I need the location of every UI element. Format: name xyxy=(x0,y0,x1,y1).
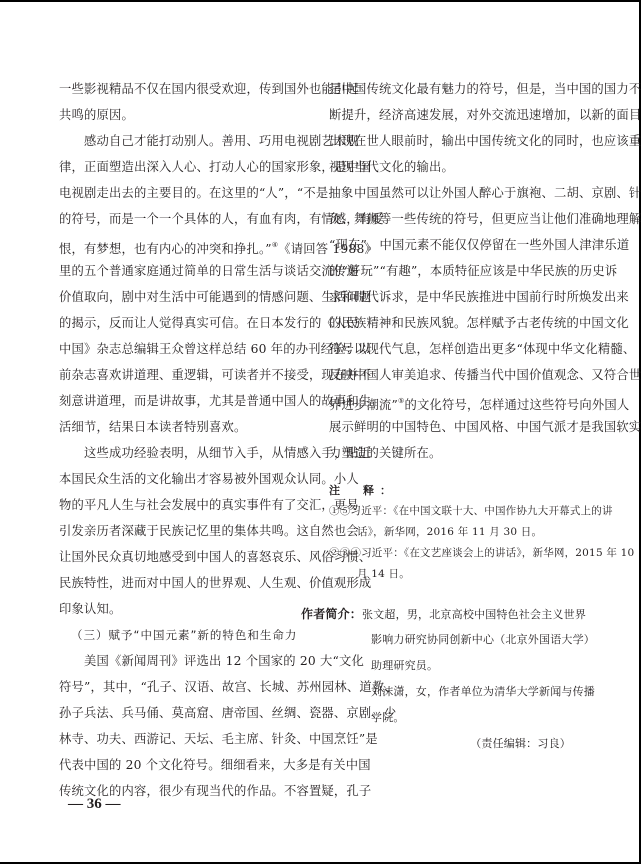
text-line: 美国《新闻周刊》评选出 12 个国家的 20 大“文化 xyxy=(59,648,315,674)
text-line: 一些影视精品不仅在国内很受欢迎，传到国外也能引起 xyxy=(59,76,315,102)
footnote-item-cont: 月 14 日。 xyxy=(329,564,585,585)
text-line: 前杂志喜欢讲道理、重逻辑，可读者并不接受，现在并不 xyxy=(59,362,315,388)
author-line: 作者简介：张文超，男，北京高校中国特色社会主义世界 xyxy=(301,601,585,627)
text-line: 展示鲜明的中国特色、中国风格、中国气派才是我国软实 xyxy=(329,414,585,440)
text-line: 是中国传统文化最有魅力的符号，但是，当中国的国力不 xyxy=(329,76,585,102)
text-line: 电视剧走出去的主要目的。在这里的“人”，“不是抽象 xyxy=(59,180,315,206)
text-line: 符号”，其中，“孔子、汉语、故宫、长城、苏州园林、道教、 xyxy=(59,674,315,700)
footnote-item-cont: 话》，新华网，2016 年 11 月 30 日。 xyxy=(329,522,585,543)
text-line: 界进步潮流”⑤的文化符号，怎样通过这些符号向外国人 xyxy=(329,388,585,414)
footnote-item: ①⑤习近平：《在中国文联十大、中国作协九大开幕式上的讲 xyxy=(329,501,585,522)
notes-title: 注 释： xyxy=(329,480,585,501)
editor-credit: （责任编辑：习良） xyxy=(301,731,585,757)
text-line: 代表中国的 20 个文化符号。细细看来，大多是有关中国 xyxy=(59,752,315,778)
right-column: 是中国传统文化最有魅力的符号，但是，当中国的国力不 断提升，经济高速发展，对外交… xyxy=(329,76,585,757)
text-line: 的揭示，反而让人觉得真实可信。在日本发行的《人民 xyxy=(59,310,315,336)
text-line: 灸、舞狮等一些传统的符号，但更应当让他们准确地理解 xyxy=(329,206,585,232)
author-label: 作者简介： xyxy=(301,607,362,621)
footnotes: 注 释： ①⑤习近平：《在中国文联十大、中国作协九大开幕式上的讲 话》，新华网，… xyxy=(329,480,585,585)
text-line: 本国民众生活的文化输出才容易被外国观众认同。小人 xyxy=(59,466,315,492)
text-line: 让国外民众真切地感受到中国人的喜怒哀乐、风俗习惯、 xyxy=(59,544,315,570)
text-line: 林寺、功夫、西游记、天坛、毛主席、针灸、中国烹饪”是 xyxy=(59,726,315,752)
text-line: 视现当代文化的输出。 xyxy=(329,154,585,180)
text-line: 民族特性，进而对中国人的世界观、人生观、价值观形成 xyxy=(59,570,315,596)
author-line: 学院。 xyxy=(301,705,585,731)
text-line: 共鸣的原因。 xyxy=(59,102,315,128)
text-line: 孙子兵法、兵马俑、莫高窟、唐帝国、丝绸、瓷器、京剧、少 xyxy=(59,700,315,726)
text-line: 感动自己才能打动别人。善用、巧用电视剧艺术规 xyxy=(59,128,315,154)
text-span: 恨，有梦想，也有内心的冲突和挣扎。” xyxy=(59,242,272,256)
section-heading: （三）赋予“中国元素”新的特色和生命力 xyxy=(59,622,315,648)
text-line: 印象认知。 xyxy=(59,596,315,622)
text-line: 律，正面塑造出深入人心、打动人心的国家形象，是中国 xyxy=(59,154,315,180)
text-line: 引发亲历者深藏于民族记忆里的集体共鸣。这自然也会 xyxy=(59,518,315,544)
text-line: 断提升，经济高速发展，对外交流迅速增加，以新的面目 xyxy=(329,102,585,128)
footnote-item: ②③④习近平：《在文艺座谈会上的讲话》，新华网，2015 年 10 xyxy=(329,543,585,564)
text-line: 中国》杂志总编辑王众曾这样总结 60 年的办刊经验：以 xyxy=(59,336,315,362)
text-line: 价值取向，剧中对生活中可能遇到的情感问题、生活问题 xyxy=(59,284,315,310)
text-span: 界进步潮流” xyxy=(329,398,398,412)
text-line: 刻意讲道理，而是讲故事，尤其是普通中国人的故事和生 xyxy=(59,388,315,414)
text-line: 恨，有梦想，也有内心的冲突和挣扎。”④《请回答 1988》 xyxy=(59,232,315,258)
author-bio: 作者简介：张文超，男，北京高校中国特色社会主义世界 影响力研究协同创新中心（北京… xyxy=(301,601,585,757)
left-column: 一些影视精品不仅在国内很受欢迎，传到国外也能引起 共鸣的原因。 感动自己才能打动… xyxy=(59,76,315,804)
author-line: 刘沫潇，女，作者单位为清华大学新闻与传播 xyxy=(301,679,585,705)
text-line: 这些成功经验表明，从细节入手，从情感入手，贴近 xyxy=(59,440,315,466)
text-line: 符号以现代气息，怎样创造出更多“体现中华文化精髓、 xyxy=(329,336,585,362)
text-line: 力塑造的关键所在。 xyxy=(329,440,585,466)
author-text: 张文超，男，北京高校中国特色社会主义世界 xyxy=(362,608,586,621)
text-span: 的文化符号，怎样通过这些符号向外国人 xyxy=(404,398,629,412)
text-line: 活细节，结果日本读者特别喜欢。 xyxy=(59,414,315,440)
text-line: 的符号，而是一个一个具体的人，有血有肉，有情感，有爱 xyxy=(59,206,315,232)
text-line: 物的平凡人生与社会发展中的真实事件有了交汇，更易 xyxy=(59,492,315,518)
author-line: 助理研究员。 xyxy=(301,653,585,679)
page-number: — 36 — xyxy=(68,796,121,813)
author-line: 影响力研究协同创新中心（北京外国语大学） xyxy=(301,627,585,653)
text-line: 反映中国人审美追求、传播当代中国价值观念、又符合世 xyxy=(329,362,585,388)
text-line: “现在”。中国元素不能仅仅停留在一些外国人津津乐道 xyxy=(329,232,585,258)
text-line: 求和时代诉求，是中华民族推进中国前行时所焕发出来 xyxy=(329,284,585,310)
text-line: 出现在世人眼前时，输出中国传统文化的同时，也应该重 xyxy=(329,128,585,154)
text-line: 的“好玩”“有趣”，本质特征应该是中华民族的历史诉 xyxy=(329,258,585,284)
text-line: 的民族精神和民族风貌。怎样赋予古老传统的中国文化 xyxy=(329,310,585,336)
text-line: 里的五个普通家庭通过简单的日常生活与谈话交流传递 xyxy=(59,258,315,284)
text-line: 中国虽然可以让外国人醉心于旗袍、二胡、京剧、针 xyxy=(329,180,585,206)
